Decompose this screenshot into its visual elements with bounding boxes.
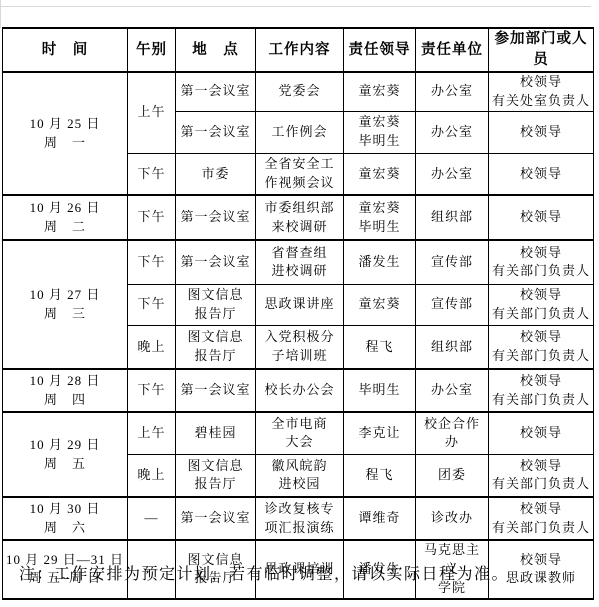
shift-cell: 下午 — [128, 240, 176, 284]
leader-cell: 程飞 — [344, 325, 416, 369]
header-row: 时 间 午别 地 点 工作内容 责任领导 责任单位 参加部门或人员 — [3, 28, 594, 72]
header-work: 工作内容 — [256, 28, 344, 72]
participants-cell: 校领导 — [489, 412, 594, 454]
date-cell: 10 月 26 日 周 二 — [3, 195, 128, 240]
location-cell: 图文信息 报告厅 — [176, 284, 256, 325]
unit-cell: 组织部 — [416, 195, 489, 240]
page-divider-line — [0, 6, 591, 7]
shift-cell: 上午 — [128, 412, 176, 454]
page-edge-line — [0, 0, 1, 28]
header-leader: 责任领导 — [344, 28, 416, 72]
shift-cell: 晚上 — [128, 454, 176, 497]
date-cell: 10 月 30 日 周 六 — [3, 497, 128, 540]
participants-cell: 校领导 — [489, 195, 594, 240]
leader-cell: 李克让 — [344, 412, 416, 454]
unit-cell: 团委 — [416, 454, 489, 497]
unit-cell: 宣传部 — [416, 240, 489, 284]
location-cell: 第一会议室 — [176, 195, 256, 240]
work-cell: 全省安全工 作视频会议 — [256, 153, 344, 195]
shift-cell: 下午 — [128, 195, 176, 240]
participants-cell: 校领导 有关部门负责人 — [489, 369, 594, 412]
header-unit: 责任单位 — [416, 28, 489, 72]
header-participants: 参加部门或人员 — [489, 28, 594, 72]
footnote: 注：工作安排为预定计划，若有临时调整，请以实际日程为准。 — [19, 564, 509, 586]
work-cell: 市委组织部 来校调研 — [256, 195, 344, 240]
participants-cell: 校领导 有关部门负责人 — [489, 325, 594, 369]
table-row: 10 月 30 日 周 六 — 第一会议室 诊改复核专 项汇报演练 谭维奇 诊改… — [3, 497, 594, 540]
leader-cell: 潘发生 — [344, 240, 416, 284]
location-cell: 第一会议室 — [176, 72, 256, 111]
work-cell: 徽风皖韵 进校园 — [256, 454, 344, 497]
unit-cell: 宣传部 — [416, 284, 489, 325]
location-cell: 第一会议室 — [176, 240, 256, 284]
work-cell: 工作例会 — [256, 111, 344, 153]
schedule-table: 时 间 午别 地 点 工作内容 责任领导 责任单位 参加部门或人员 10 月 2… — [2, 27, 594, 600]
unit-cell: 办公室 — [416, 111, 489, 153]
header-time: 时 间 — [3, 28, 128, 72]
work-cell: 党委会 — [256, 72, 344, 111]
leader-cell: 童宏葵 — [344, 284, 416, 325]
date-cell: 10 月 29 日 周 五 — [3, 412, 128, 497]
unit-cell: 组织部 — [416, 325, 489, 369]
work-cell: 入党积极分 子培训班 — [256, 325, 344, 369]
leader-cell: 童宏葵 — [344, 72, 416, 111]
leader-cell: 毕明生 — [344, 369, 416, 412]
date-cell: 10 月 28 日 周 四 — [3, 369, 128, 412]
shift-cell: 下午 — [128, 369, 176, 412]
work-cell: 诊改复核专 项汇报演练 — [256, 497, 344, 540]
participants-cell: 校领导 有关处室负责人 — [489, 72, 594, 111]
location-cell: 第一会议室 — [176, 497, 256, 540]
work-cell: 全市电商 大会 — [256, 412, 344, 454]
unit-cell: 诊改办 — [416, 497, 489, 540]
table-row: 10 月 29 日 周 五 上午 碧桂园 全市电商 大会 李克让 校企合作办 校… — [3, 412, 594, 454]
leader-cell: 谭维奇 — [344, 497, 416, 540]
table-row: 10 月 27 日 周 三 下午 第一会议室 省督查组 进校调研 潘发生 宣传部… — [3, 240, 594, 284]
unit-cell: 校企合作办 — [416, 412, 489, 454]
participants-cell: 校领导 — [489, 153, 594, 195]
shift-cell: 下午 — [128, 284, 176, 325]
shift-cell: 晚上 — [128, 325, 176, 369]
date-cell: 10 月 25 日 周 一 — [3, 72, 128, 195]
leader-cell: 童宏葵 — [344, 153, 416, 195]
unit-cell: 办公室 — [416, 369, 489, 412]
leader-cell: 童宏葵 毕明生 — [344, 111, 416, 153]
leader-cell: 童宏葵 毕明生 — [344, 195, 416, 240]
shift-cell: — — [128, 497, 176, 540]
header-shift: 午别 — [128, 28, 176, 72]
work-cell: 省督查组 进校调研 — [256, 240, 344, 284]
work-cell: 校长办公会 — [256, 369, 344, 412]
work-cell: 思政课讲座 — [256, 284, 344, 325]
leader-cell: 程飞 — [344, 454, 416, 497]
location-cell: 市委 — [176, 153, 256, 195]
unit-cell: 办公室 — [416, 153, 489, 195]
table-row: 10 月 26 日 周 二 下午 第一会议室 市委组织部 来校调研 童宏葵 毕明… — [3, 195, 594, 240]
unit-cell: 办公室 — [416, 72, 489, 111]
location-cell: 第一会议室 — [176, 369, 256, 412]
participants-cell: 校领导 有关部门负责人 — [489, 284, 594, 325]
date-cell: 10 月 27 日 周 三 — [3, 240, 128, 369]
location-cell: 第一会议室 — [176, 111, 256, 153]
participants-cell: 校领导 有关部门负责人 — [489, 497, 594, 540]
table-row: 10 月 25 日 周 一 上午 第一会议室 党委会 童宏葵 办公室 校领导 有… — [3, 72, 594, 111]
table-row: 10 月 28 日 周 四 下午 第一会议室 校长办公会 毕明生 办公室 校领导… — [3, 369, 594, 412]
location-cell: 图文信息 报告厅 — [176, 325, 256, 369]
location-cell: 图文信息 报告厅 — [176, 454, 256, 497]
shift-cell: 上午 — [128, 72, 176, 153]
shift-cell: 下午 — [128, 153, 176, 195]
participants-cell: 校领导 有关部门负责人 — [489, 240, 594, 284]
participants-cell: 校领导 有关部门负责人 — [489, 454, 594, 497]
location-cell: 碧桂园 — [176, 412, 256, 454]
header-location: 地 点 — [176, 28, 256, 72]
participants-cell: 校领导 — [489, 111, 594, 153]
